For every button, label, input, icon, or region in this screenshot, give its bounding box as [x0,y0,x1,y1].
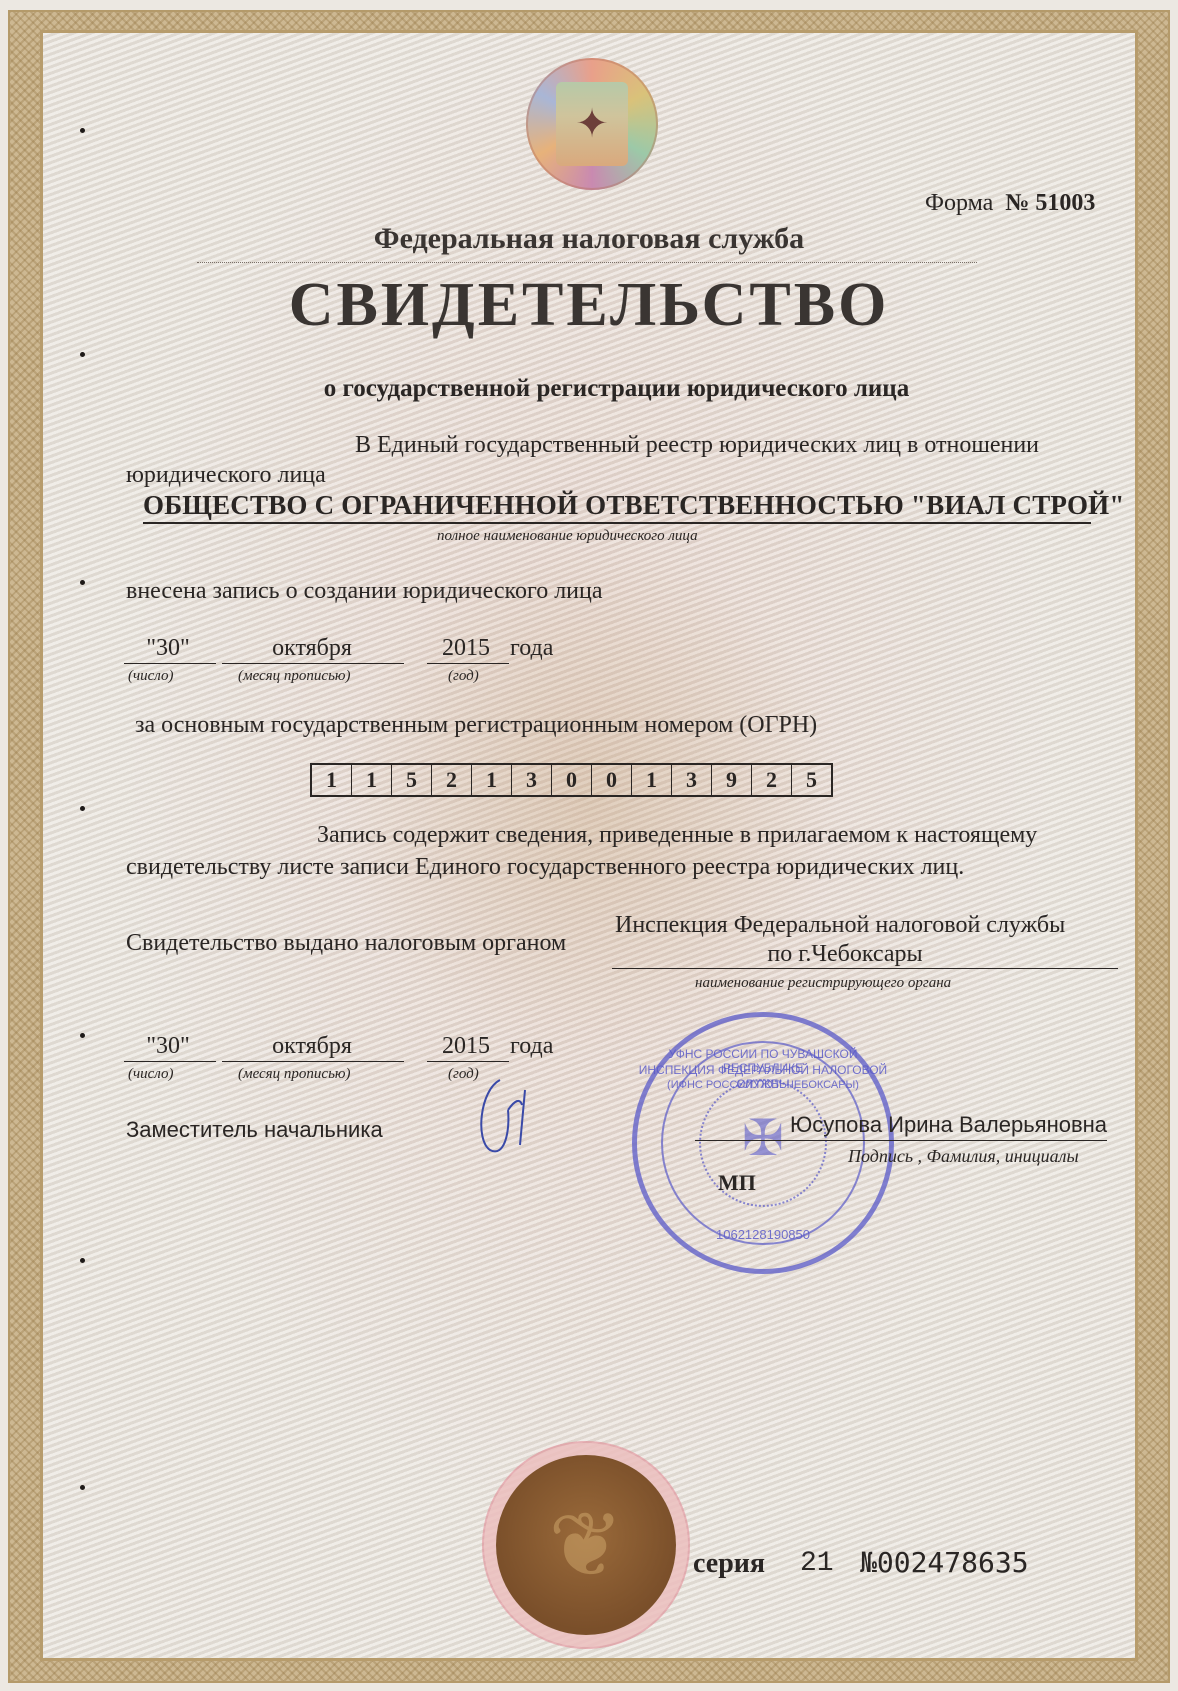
serial-number: №002478635 [860,1546,1029,1579]
handwritten-signature-icon [470,1070,560,1160]
record-note-line2: свидетельству листе записи Единого госуд… [126,854,964,881]
punch-dot [80,1485,85,1490]
ogrn-digit: 0 [592,765,632,795]
certificate-sheet: Форма № 51003 Федеральная налоговая служ… [0,0,1178,1691]
issuing-authority-line2: по г.Чебоксары [615,941,1075,968]
registry-intro-line1: В Единый государственный реестр юридичес… [355,432,1039,459]
document-subtitle: о государственной регистрации юридическо… [0,375,1178,403]
entry-text: внесена запись о создании юридического л… [126,578,603,605]
ogrn-number-grid: 1152130013925 [310,763,833,797]
org-name-caption: полное наименование юридического лица [437,528,698,545]
signatory-position: Заместитель начальника [126,1117,383,1143]
issue-date-year: 2015 [426,1033,506,1060]
series-number: 21 [800,1548,834,1579]
issue-year-suffix: года [510,1033,553,1060]
underline [222,663,404,664]
issue-day-caption: (число) [128,1066,174,1083]
seal-place-label: МП [718,1170,756,1196]
underline [124,663,216,664]
ogrn-label: за основным государственным регистрацион… [135,712,817,739]
punch-dot [80,128,85,133]
punch-dot [80,352,85,357]
gold-seal-emblem-icon [496,1455,676,1635]
reg-year-caption: (год) [448,668,479,685]
underline [222,1061,404,1062]
punch-dot [80,1258,85,1263]
ogrn-digit: 5 [792,765,831,795]
ogrn-digit: 0 [552,765,592,795]
ogrn-digit: 5 [392,765,432,795]
ogrn-digit: 1 [472,765,512,795]
reg-month-caption: (месяц прописью) [238,668,350,685]
signature-caption: Подпись , Фамилия, инициалы [848,1146,1079,1167]
ogrn-digit: 1 [352,765,392,795]
issue-date-month: октября [222,1033,402,1060]
reg-date-year: 2015 [426,635,506,662]
punch-dot [80,806,85,811]
underline [124,1061,216,1062]
ogrn-digit: 3 [512,765,552,795]
org-full-name: ОБЩЕСТВО С ОГРАНИЧЕННОЙ ОТВЕТСТВЕННОСТЬЮ… [143,490,1125,521]
record-note-line1: Запись содержит сведения, приведенные в … [317,822,1037,849]
reg-day-caption: (число) [128,668,174,685]
signature-underline [695,1140,1107,1141]
ogrn-digit: 9 [712,765,752,795]
document-title: СВИДЕТЕЛЬСТВО [0,270,1178,341]
authority-underline [612,968,1118,969]
authority-caption: наименование регистрирующего органа [695,975,951,992]
reg-date-day: "30" [126,635,210,662]
ogrn-digit: 1 [312,765,352,795]
issue-date-day: "30" [126,1033,210,1060]
registry-intro-line2: юридического лица [126,462,326,489]
issue-month-caption: (месяц прописью) [238,1066,350,1083]
punch-dot [80,580,85,585]
ogrn-digit: 2 [432,765,472,795]
hologram-emblem-icon [526,58,658,190]
ogrn-digit: 1 [632,765,672,795]
reg-date-month: октября [222,635,402,662]
series-label: серия [693,1548,765,1580]
underline [427,663,509,664]
signatory-name: Юсупова Ирина Валерьяновна [790,1112,1107,1138]
underline [427,1061,509,1062]
punch-dot [80,1033,85,1038]
ogrn-digit: 2 [752,765,792,795]
issuing-authority-line1: Инспекция Федеральной налоговой службы [615,912,1065,939]
divider [197,262,977,263]
official-stamp: УФНС РОССИИ ПО ЧУВАШСКОЙ РЕСПУБЛИКЕ ИНСП… [632,1012,894,1274]
issuer-label: Свидетельство выдано налоговым органом [126,930,566,957]
org-name-underline [143,522,1091,524]
agency-name: Федеральная налоговая служба [0,222,1178,256]
reg-year-suffix: года [510,635,553,662]
ogrn-digit: 3 [672,765,712,795]
form-number: Форма № 51003 [925,190,1095,217]
